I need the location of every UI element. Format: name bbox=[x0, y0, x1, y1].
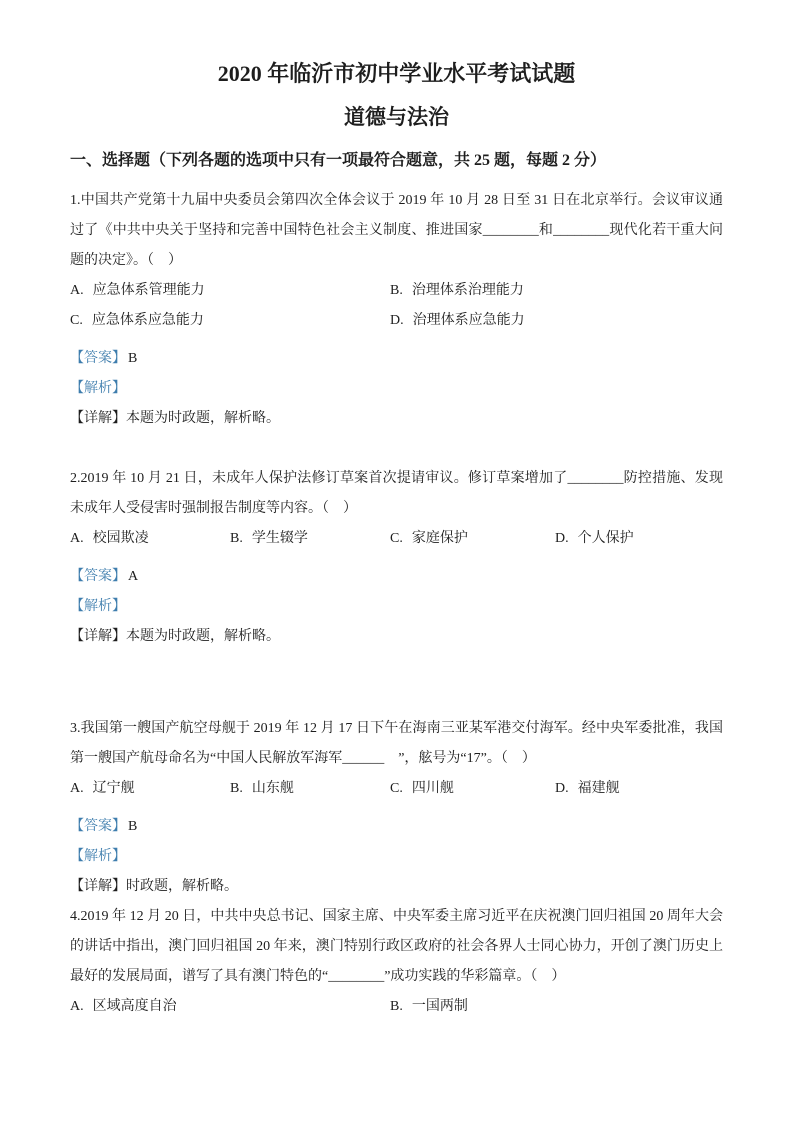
question-1-answer-block: 【答案】B 【解析】 【详解】本题为时政题，解析略。 bbox=[70, 344, 723, 434]
option-letter: B. bbox=[230, 531, 243, 546]
answer-value: B bbox=[128, 351, 137, 366]
question-3-option-d: D.福建舰 bbox=[555, 774, 723, 804]
option-text: 一国两制 bbox=[412, 999, 468, 1014]
detail-label: 【详解】 bbox=[70, 879, 126, 894]
question-1: 1.中国共产党第十九届中央委员会第四次全体会议于 2019 年 10 月 28 … bbox=[70, 186, 723, 434]
question-3-options: A.辽宁舰 B.山东舰 C.四川舰 D.福建舰 bbox=[70, 774, 723, 804]
question-2-option-d: D.个人保护 bbox=[555, 524, 723, 554]
answer-label: 【答案】 bbox=[70, 351, 126, 366]
question-4-option-a: A.区域高度自治 bbox=[70, 992, 390, 1022]
option-text: 应急体系管理能力 bbox=[93, 283, 205, 298]
option-letter: D. bbox=[555, 531, 569, 546]
option-letter: D. bbox=[555, 781, 569, 796]
question-1-options: A.应急体系管理能力 B.治理体系治理能力 C.应急体系应急能力 D.治理体系应… bbox=[70, 276, 723, 336]
option-text: 福建舰 bbox=[578, 781, 620, 796]
question-2-option-a: A.校园欺凌 bbox=[70, 524, 230, 554]
question-2-answer-block: 【答案】A 【解析】 【详解】本题为时政题，解析略。 bbox=[70, 562, 723, 652]
question-3-text: 3.我国第一艘国产航空母舰于 2019 年 12 月 17 日下午在海南三亚某军… bbox=[70, 714, 723, 774]
document-subtitle: 道德与法治 bbox=[70, 100, 723, 134]
option-text: 区域高度自治 bbox=[93, 999, 177, 1014]
document-page: 2020 年临沂市初中学业水平考试试题 道德与法治 一、选择题（下列各题的选项中… bbox=[0, 0, 793, 1122]
analysis-line: 【解析】 bbox=[70, 842, 723, 872]
question-2-option-c: C.家庭保护 bbox=[390, 524, 555, 554]
option-letter: D. bbox=[390, 313, 404, 328]
detail-label: 【详解】 bbox=[70, 629, 126, 644]
question-3-option-b: B.山东舰 bbox=[230, 774, 390, 804]
option-letter: A. bbox=[70, 531, 84, 546]
section-heading: 一、选择题（下列各题的选项中只有一项最符合题意，共 25 题，每题 2 分） bbox=[70, 146, 723, 176]
option-text: 辽宁舰 bbox=[93, 781, 135, 796]
detail-label: 【详解】 bbox=[70, 411, 126, 426]
option-text: 学生辍学 bbox=[252, 531, 308, 546]
question-1-option-a: A.应急体系管理能力 bbox=[70, 276, 390, 306]
question-4: 4.2019 年 12 月 20 日，中共中央总书记、国家主席、中央军委主席习近… bbox=[70, 902, 723, 1022]
analysis-label: 【解析】 bbox=[70, 381, 126, 396]
analysis-label: 【解析】 bbox=[70, 599, 126, 614]
question-3-option-a: A.辽宁舰 bbox=[70, 774, 230, 804]
option-text: 山东舰 bbox=[252, 781, 294, 796]
question-1-option-b: B.治理体系治理能力 bbox=[390, 276, 723, 306]
question-2-option-b: B.学生辍学 bbox=[230, 524, 390, 554]
option-letter: A. bbox=[70, 999, 84, 1014]
detail-line: 【详解】本题为时政题，解析略。 bbox=[70, 404, 723, 434]
question-2: 2.2019 年 10 月 21 日，未成年人保护法修订草案首次提请审议。修订草… bbox=[70, 464, 723, 652]
analysis-line: 【解析】 bbox=[70, 592, 723, 622]
analysis-label: 【解析】 bbox=[70, 849, 126, 864]
detail-line: 【详解】时政题，解析略。 bbox=[70, 872, 723, 902]
option-text: 家庭保护 bbox=[412, 531, 468, 546]
option-letter: B. bbox=[390, 999, 403, 1014]
answer-value: B bbox=[128, 819, 137, 834]
option-text: 治理体系治理能力 bbox=[412, 283, 524, 298]
answer-line: 【答案】B bbox=[70, 344, 723, 374]
question-1-text: 1.中国共产党第十九届中央委员会第四次全体会议于 2019 年 10 月 28 … bbox=[70, 186, 723, 276]
answer-value: A bbox=[128, 569, 138, 584]
option-text: 个人保护 bbox=[578, 531, 634, 546]
option-letter: B. bbox=[390, 283, 403, 298]
option-letter: C. bbox=[70, 313, 83, 328]
question-2-text: 2.2019 年 10 月 21 日，未成年人保护法修订草案首次提请审议。修订草… bbox=[70, 464, 723, 524]
detail-line: 【详解】本题为时政题，解析略。 bbox=[70, 622, 723, 652]
option-letter: A. bbox=[70, 283, 84, 298]
answer-line: 【答案】B bbox=[70, 812, 723, 842]
question-3-answer-block: 【答案】B 【解析】 【详解】时政题，解析略。 bbox=[70, 812, 723, 902]
detail-text: 本题为时政题，解析略。 bbox=[126, 629, 280, 644]
option-letter: B. bbox=[230, 781, 243, 796]
question-4-option-b: B.一国两制 bbox=[390, 992, 723, 1022]
option-text: 校园欺凌 bbox=[93, 531, 149, 546]
question-3-option-c: C.四川舰 bbox=[390, 774, 555, 804]
question-4-options: A.区域高度自治 B.一国两制 bbox=[70, 992, 723, 1022]
document-title: 2020 年临沂市初中学业水平考试试题 bbox=[70, 56, 723, 92]
answer-label: 【答案】 bbox=[70, 819, 126, 834]
question-1-option-c: C.应急体系应急能力 bbox=[70, 306, 390, 336]
analysis-line: 【解析】 bbox=[70, 374, 723, 404]
option-letter: C. bbox=[390, 781, 403, 796]
answer-label: 【答案】 bbox=[70, 569, 126, 584]
option-letter: A. bbox=[70, 781, 84, 796]
detail-text: 时政题，解析略。 bbox=[126, 879, 238, 894]
detail-text: 本题为时政题，解析略。 bbox=[126, 411, 280, 426]
question-1-option-d: D.治理体系应急能力 bbox=[390, 306, 723, 336]
question-3: 3.我国第一艘国产航空母舰于 2019 年 12 月 17 日下午在海南三亚某军… bbox=[70, 714, 723, 902]
question-2-options: A.校园欺凌 B.学生辍学 C.家庭保护 D.个人保护 bbox=[70, 524, 723, 554]
option-letter: C. bbox=[390, 531, 403, 546]
option-text: 应急体系应急能力 bbox=[92, 313, 204, 328]
option-text: 治理体系应急能力 bbox=[413, 313, 525, 328]
question-4-text: 4.2019 年 12 月 20 日，中共中央总书记、国家主席、中央军委主席习近… bbox=[70, 902, 723, 992]
answer-line: 【答案】A bbox=[70, 562, 723, 592]
option-text: 四川舰 bbox=[412, 781, 454, 796]
